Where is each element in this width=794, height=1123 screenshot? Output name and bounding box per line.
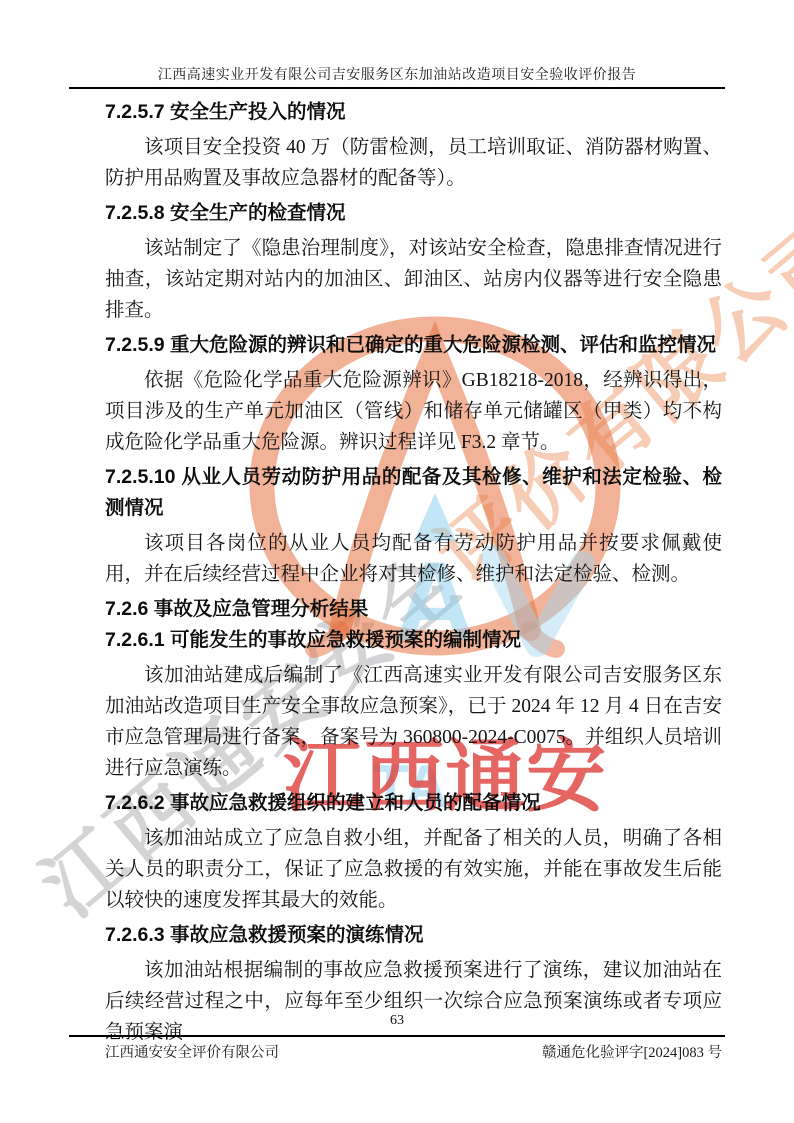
paragraph: 该站制定了《隐患治理制度》，对该站安全检查，隐患排查情况进行抽查，该站定期对站内… — [105, 233, 722, 326]
section-heading: 7.2.5.10 从业人员劳动防护用品的配备及其检修、维护和法定检验、检测情况 — [105, 462, 722, 524]
paragraph: 该加油站建成后编制了《江西高速实业开发有限公司吉安服务区东加油站改造项目生产安全… — [105, 660, 722, 784]
paragraph: 该加油站成立了应急自救小组，并配备了相关的人员，明确了各相关人员的职责分工，保证… — [105, 823, 722, 916]
section-heading: 7.2.6.1 可能发生的事故应急救援预案的编制情况 — [105, 625, 722, 656]
page-number: 63 — [0, 1013, 794, 1029]
report-page: 江西通安安全评价有限公司 A TA 江西通安 江西高速实业开发有限公司吉安服务区… — [0, 0, 794, 1123]
document-body: 7.2.5.7 安全生产投入的情况该项目安全投资 40 万（防雷检测，员工培训取… — [105, 97, 722, 1052]
paragraph: 依据《危险化学品重大危险源辨识》GB18218-2018，经辨识得出，项目涉及的… — [105, 365, 722, 458]
paragraph: 该项目安全投资 40 万（防雷检测，员工培训取证、消防器材购置、防护用品购置及事… — [105, 132, 722, 194]
footer-doc-number: 赣通危化验评字[2024]083 号 — [542, 1041, 722, 1062]
page-header-title: 江西高速实业开发有限公司吉安服务区东加油站改造项目安全验收评价报告 — [0, 64, 794, 84]
section-heading: 7.2.6.2 事故应急救援组织的建立和人员的配备情况 — [105, 788, 722, 819]
section-heading: 7.2.6.3 事故应急救援预案的演练情况 — [105, 920, 722, 951]
header-rule — [69, 87, 725, 89]
section-heading: 7.2.5.8 安全生产的检查情况 — [105, 198, 722, 229]
paragraph: 该项目各岗位的从业人员均配备有劳动防护用品并按要求佩戴使用，并在后续经营过程中企… — [105, 528, 722, 590]
footer-company-name: 江西通安安全评价有限公司 — [105, 1041, 279, 1062]
section-heading: 7.2.5.7 安全生产投入的情况 — [105, 97, 722, 128]
footer-rule — [69, 1035, 725, 1037]
section-heading: 7.2.6 事故及应急管理分析结果 — [105, 594, 722, 625]
section-heading: 7.2.5.9 重大危险源的辨识和已确定的重大危险源检测、评估和监控情况 — [105, 330, 722, 361]
page-footer: 江西通安安全评价有限公司 赣通危化验评字[2024]083 号 — [105, 1041, 722, 1062]
